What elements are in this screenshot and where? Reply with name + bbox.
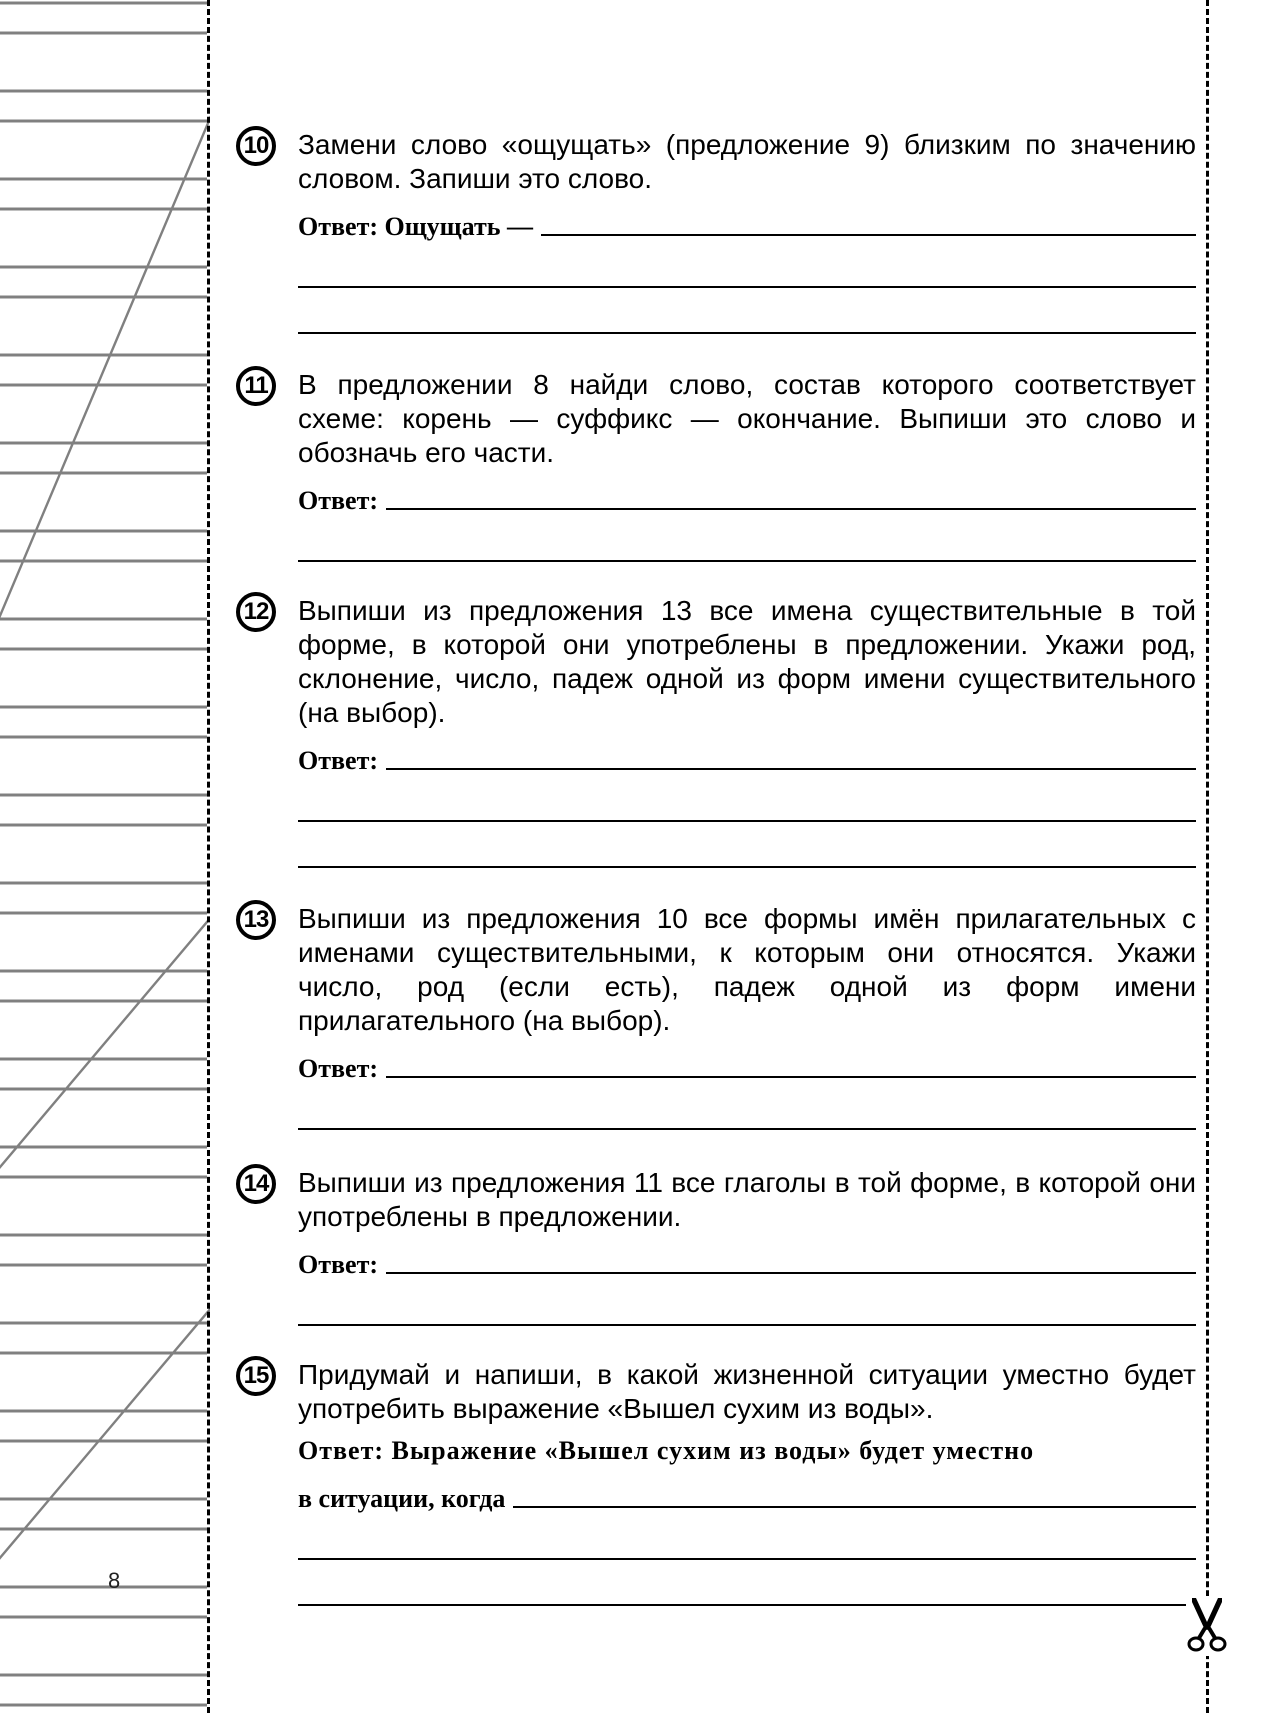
answer-line[interactable] [513,1506,1196,1508]
task-number-badge: 11 [236,366,276,406]
cut-line-left [207,0,210,1713]
task-11: 11 В предложении 8 найди слово, состав к… [236,368,1196,562]
answer-label: в ситуации, когда [298,1484,513,1514]
answer-label: Ответ: Ощущать — [298,212,541,242]
answer-line[interactable] [386,508,1196,510]
task-prompt: Замени слово «ощущать» (предложение 9) б… [298,128,1196,196]
answer-line[interactable] [298,288,1196,334]
answer-line[interactable] [386,1076,1196,1078]
answer-line[interactable] [298,242,1196,288]
answer-label: Ответ: [298,486,386,516]
answer-row[interactable]: Ответ: [298,1234,1196,1280]
answer-row[interactable]: Ответ: [298,730,1196,776]
answer-line[interactable] [298,1084,1196,1130]
answer-line[interactable] [386,1272,1196,1274]
answer-row[interactable]: Ответ: [298,1038,1196,1084]
page-number: 8 [108,1568,120,1594]
task-number-badge: 14 [236,1164,276,1204]
task-number-badge: 10 [236,126,276,166]
cut-line-right [1206,0,1209,1713]
task-number-badge: 12 [236,592,276,632]
answer-label: Ответ: [298,1250,386,1280]
task-prompt: В предложении 8 найди слово, состав кото… [298,368,1196,470]
task-14: 14 Выпиши из предложения 11 все глаголы … [236,1166,1196,1326]
task-13: 13 Выпиши из предложения 10 все формы им… [236,902,1196,1130]
answer-row[interactable]: в ситуации, когда [298,1468,1196,1514]
task-prompt: Выпиши из предложения 10 все формы имён … [298,902,1196,1038]
task-15: 15 Придумай и напиши, в какой жизненной … [236,1358,1196,1606]
answer-line[interactable] [298,1280,1196,1326]
answer-row[interactable]: Ответ: [298,470,1196,516]
scissors-icon [1186,1596,1228,1656]
task-prompt: Выпиши из предложения 11 все глаголы в т… [298,1166,1196,1234]
answer-label: Ответ: [298,1054,386,1084]
task-prompt: Выпиши из предложения 13 все имена сущес… [298,594,1196,730]
task-prompt: Придумай и напиши, в какой жизненной сит… [298,1358,1196,1426]
task-number-badge: 15 [236,1356,276,1396]
answer-line[interactable] [298,822,1196,868]
answer-line[interactable] [298,1560,1196,1606]
answer-intro: Ответ: Выражение «Вышел сухим из воды» б… [298,1434,1196,1468]
answer-line[interactable] [386,768,1196,770]
answer-line[interactable] [298,1514,1196,1560]
answer-line[interactable] [298,776,1196,822]
ruled-margin [0,0,210,1713]
task-number-badge: 13 [236,900,276,940]
task-10: 10 Замени слово «ощущать» (предложение 9… [236,128,1196,334]
answer-row[interactable]: Ответ: Ощущать — [298,196,1196,242]
task-12: 12 Выпиши из предложения 13 все имена су… [236,594,1196,868]
answer-line[interactable] [298,516,1196,562]
answer-label: Ответ: [298,746,386,776]
answer-line[interactable] [541,234,1196,236]
